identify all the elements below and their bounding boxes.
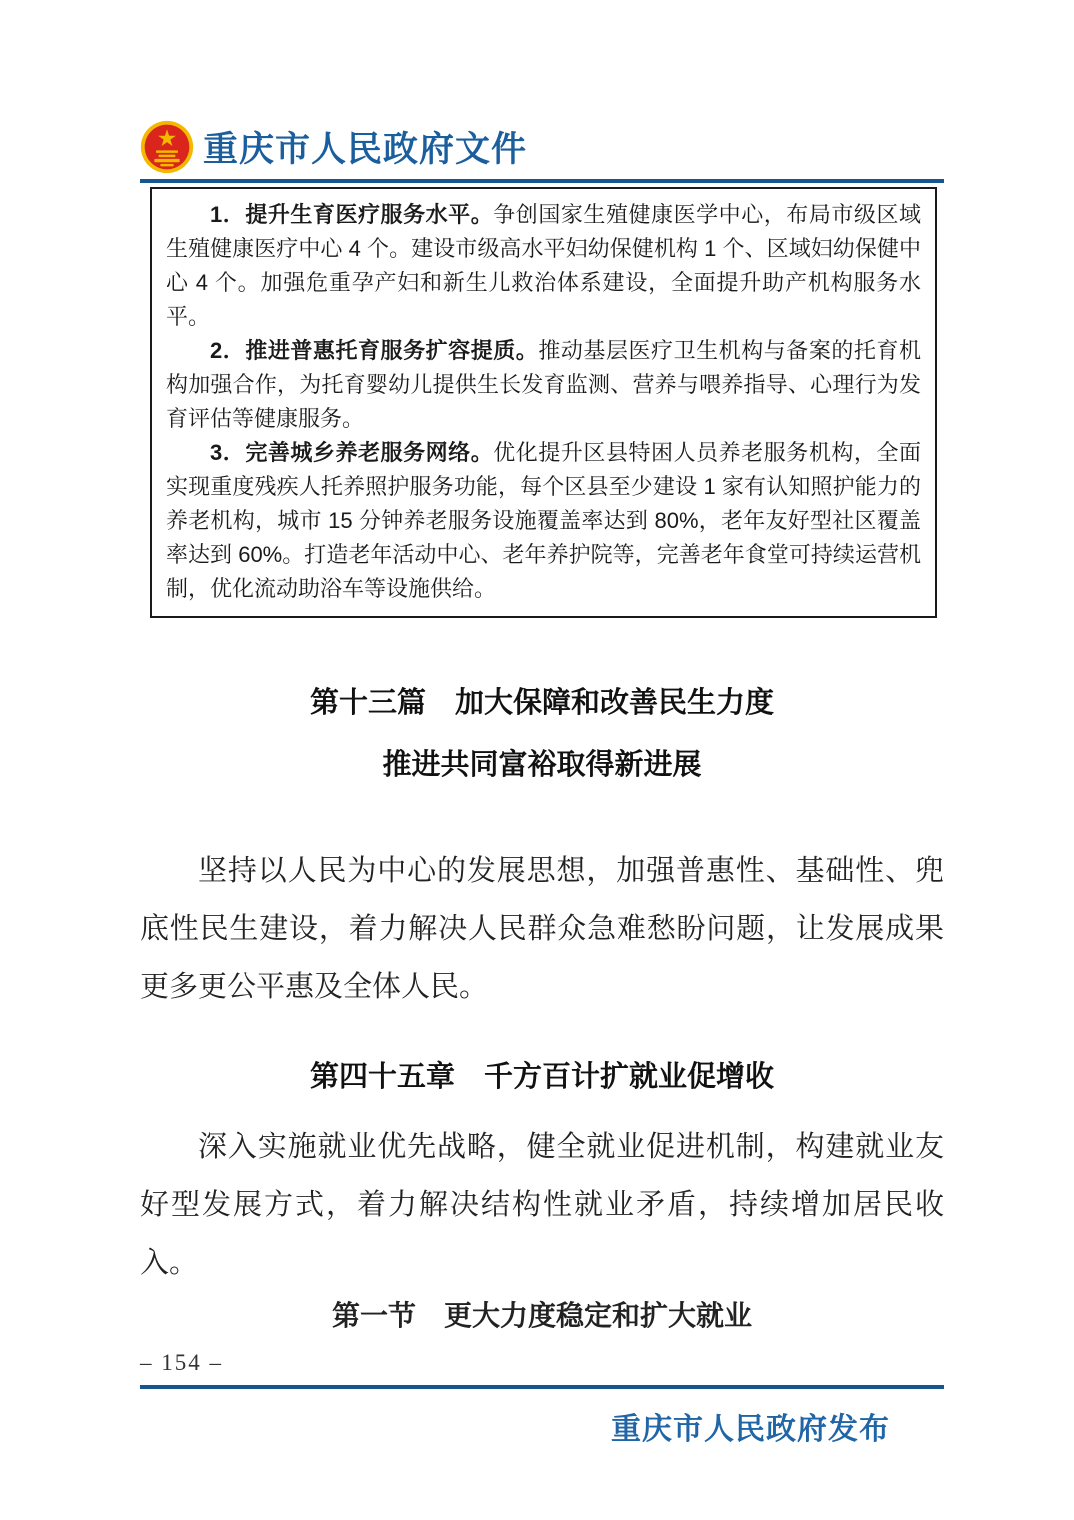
excerpt-paragraph-3-lead: 3．完善城乡养老服务网络。 bbox=[210, 440, 493, 465]
excerpt-paragraph-3: 3．完善城乡养老服务网络。优化提升区县特困人员养老服务机构，全面实现重度残疾人托… bbox=[166, 436, 921, 606]
excerpt-paragraph-2-lead: 2．推进普惠托育服务扩容提质。 bbox=[210, 338, 538, 363]
page-number: – 154 – bbox=[140, 1350, 944, 1376]
publisher-label: 重庆市人民政府发布 bbox=[140, 1404, 944, 1448]
section-title: 第一节 更大力度稳定和扩大就业 bbox=[140, 1294, 944, 1340]
national-emblem-icon bbox=[140, 120, 194, 174]
header-brand: 重庆市人民政府文件 bbox=[140, 120, 944, 174]
excerpt-paragraph-1-lead: 1．提升生育医疗服务水平。 bbox=[210, 202, 493, 227]
document-header: 重庆市人民政府文件 bbox=[140, 120, 944, 183]
body-paragraph-1: 坚持以人民为中心的发展思想，加强普惠性、基础性、兜底性民生建设，着力解决人民群众… bbox=[140, 842, 944, 1016]
excerpt-box: 1．提升生育医疗服务水平。争创国家生殖健康医学中心，布局市级区域生殖健康医疗中心… bbox=[150, 187, 937, 618]
chapter-title: 第四十五章 千方百计扩就业促增收 bbox=[140, 1056, 944, 1098]
document-page: 重庆市人民政府文件 1．提升生育医疗服务水平。争创国家生殖健康医学中心，布局市级… bbox=[0, 0, 1074, 1520]
body-paragraph-2: 深入实施就业优先战略，健全就业促进机制，构建就业友好型发展方式，着力解决结构性就… bbox=[140, 1118, 944, 1292]
document-title: 重庆市人民政府文件 bbox=[203, 122, 527, 172]
excerpt-paragraph-2: 2．推进普惠托育服务扩容提质。推动基层医疗卫生机构与备案的托育机构加强合作，为托… bbox=[166, 334, 921, 436]
part-title-line1: 第十三篇 加大保障和改善民生力度 bbox=[140, 672, 944, 734]
footer-divider bbox=[140, 1385, 944, 1389]
header-divider bbox=[140, 179, 944, 183]
part-title-line2: 推进共同富裕取得新进展 bbox=[140, 734, 944, 796]
excerpt-paragraph-1: 1．提升生育医疗服务水平。争创国家生殖健康医学中心，布局市级区域生殖健康医疗中心… bbox=[166, 198, 921, 334]
